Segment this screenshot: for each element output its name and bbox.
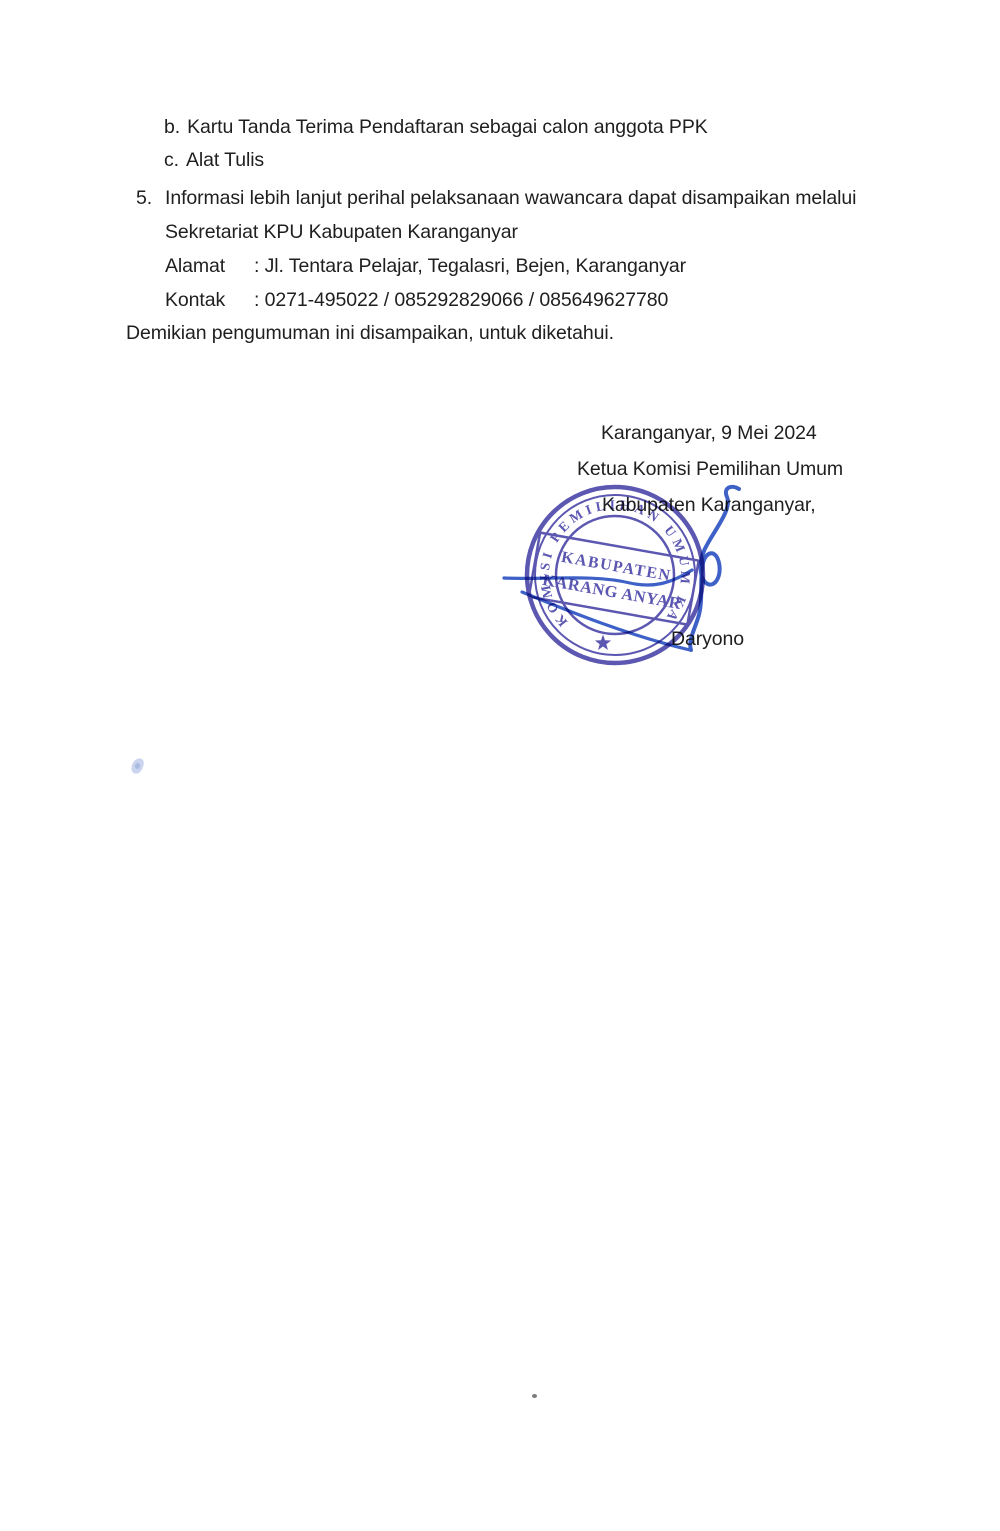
address-label: Alamat — [165, 254, 254, 278]
contact-row: Kontak: 0271-495022 / 085292829066 / 085… — [165, 288, 668, 312]
stamp-and-signature: KOMISI PEMILIHAN UMUM KABUPATEN KABUPATE… — [480, 468, 770, 680]
item5-line2: Sekretariat KPU Kabupaten Karanganyar — [165, 220, 518, 244]
address-row: Alamat: Jl. Tentara Pelajar, Tegalasri, … — [165, 254, 686, 278]
stamp-star-icon — [595, 635, 611, 651]
ink-smudge — [130, 757, 145, 776]
ink-smudge-core — [134, 762, 141, 769]
stamp-ring-text: KOMISI PEMILIHAN UMUM KABUPATEN — [0, 0, 693, 630]
scan-speck — [532, 1394, 537, 1398]
item5-line1-text: Informasi lebih lanjut perihal pelaksana… — [165, 187, 856, 209]
list-item-b-text: Kartu Tanda Terima Pendaftaran sebagai c… — [187, 116, 708, 138]
list-item-c-marker: c. — [164, 148, 179, 172]
list-item-c-text: Alat Tulis — [186, 149, 264, 171]
list-item-c: c.Alat Tulis — [164, 148, 264, 172]
contact-label: Kontak — [165, 288, 254, 312]
document-page: b.Kartu Tanda Terima Pendaftaran sebagai… — [0, 0, 1000, 1531]
list-item-b-marker: b. — [164, 115, 180, 139]
address-value: : Jl. Tentara Pelajar, Tegalasri, Bejen,… — [254, 255, 686, 277]
list-item-b: b.Kartu Tanda Terima Pendaftaran sebagai… — [164, 115, 708, 139]
place-date: Karanganyar, 9 Mei 2024 — [601, 421, 817, 445]
contact-value: : 0271-495022 / 085292829066 / 085649627… — [254, 289, 668, 311]
closing-sentence: Demikian pengumuman ini disampaikan, unt… — [126, 321, 614, 345]
item5-line1: 5.Informasi lebih lanjut perihal pelaksa… — [136, 186, 856, 210]
item5-number: 5. — [136, 186, 165, 210]
